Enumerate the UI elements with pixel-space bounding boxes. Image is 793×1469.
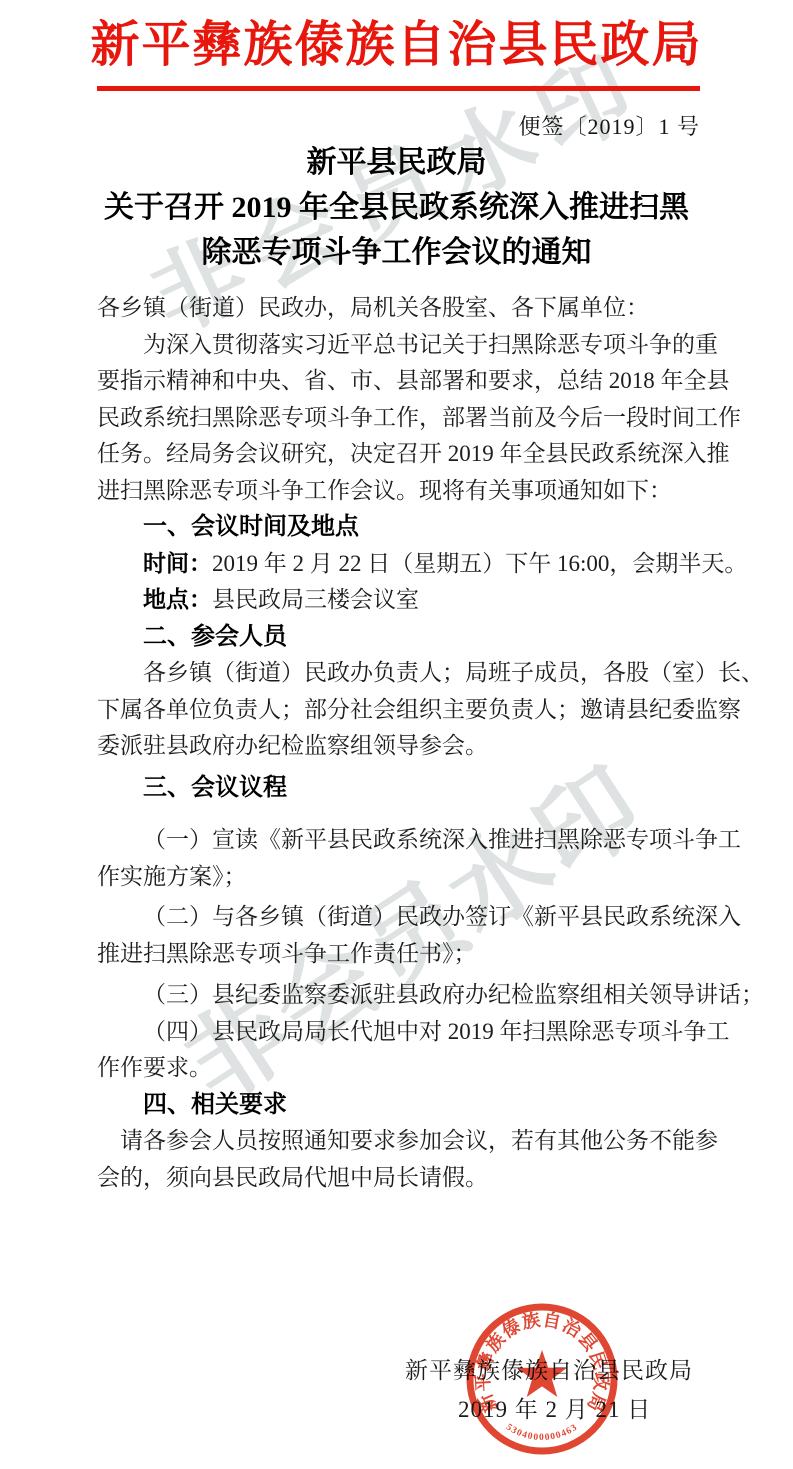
body-line: 作实施方案》； <box>97 859 709 896</box>
body-line: 委派驻县政府办纪检监察组领导参会。 <box>97 728 709 765</box>
letterhead-divider <box>97 86 700 91</box>
notice-title-line-3: 除恶专项斗争工作会议的通知 <box>40 230 753 275</box>
body-line: 时间：2019 年 2 月 22 日（星期五）下午 16:00，会期半天。 <box>97 546 709 583</box>
body-line: 地点：县民政局三楼会议室 <box>97 582 709 619</box>
document-number: 便签〔2019〕1 号 <box>97 110 700 141</box>
body-line: 要指示精神和中央、省、市、县部署和要求，总结 2018 年全县 <box>97 363 709 400</box>
section-heading: 一、会议时间及地点 <box>97 509 709 546</box>
body-line: 为深入贯彻落实习近平总书记关于扫黑除恶专项斗争的重 <box>97 327 709 364</box>
body-line: 下属各单位负责人；部分社会组织主要负责人；邀请县纪委监察 <box>97 692 709 729</box>
section-heading: 四、相关要求 <box>97 1087 709 1124</box>
section-heading: 二、参会人员 <box>97 619 709 656</box>
body-line: （四）县民政局局长代旭中对 2019 年扫黑除恶专项斗争工 <box>97 1014 709 1051</box>
body-line: 各乡镇（街道）民政办负责人；局班子成员，各股（室）长、 <box>97 655 709 692</box>
notice-title-line-2: 关于召开 2019 年全县民政系统深入推进扫黑 <box>40 185 753 230</box>
document-page: 非会员水印 非会员水印 新平彝族傣族自治县民政局 便签〔2019〕1 号 新平县… <box>0 0 793 1469</box>
body-line: 请各参会人员按照通知要求参加会议，若有其他公务不能参 <box>97 1123 709 1160</box>
line-bold-label: 时间： <box>143 551 212 576</box>
body-line: 进扫黑除恶专项斗争工作会议。现将有关事项通知如下： <box>97 473 709 510</box>
seal-code-holder: 5304000000463 <box>504 1422 580 1443</box>
body-line: （二）与各乡镇（街道）民政办签订《新平县民政系统深入 <box>97 899 709 936</box>
body-line: 作作要求。 <box>97 1050 709 1087</box>
official-seal: 新平彝族傣族自治县民政局 5304000000463 <box>440 1285 650 1469</box>
notice-title-line-1: 新平县民政局 <box>40 140 753 185</box>
section-heading: 三、会议议程 <box>97 770 709 807</box>
body-line: 会的，须向县民政局代旭中局长请假。 <box>97 1160 709 1197</box>
body-line: 民政系统扫黑除恶专项斗争工作，部署当前及今后一段时间工作 <box>97 400 709 437</box>
body-line: 推进扫黑除恶专项斗争工作责任书》； <box>97 936 709 973</box>
body-line: 各乡镇（街道）民政办，局机关各股室、各下属单位： <box>97 290 709 327</box>
notice-body: 各乡镇（街道）民政办，局机关各股室、各下属单位：为深入贯彻落实习近平总书记关于扫… <box>97 290 709 1196</box>
body-line: （三）县纪委监察委派驻县政府办纪检监察组相关领导讲话； <box>97 977 709 1014</box>
body-line: 任务。经局务会议研究，决定召开 2019 年全县民政系统深入推 <box>97 436 709 473</box>
seal-star-icon <box>517 1350 566 1397</box>
body-line: （一）宣读《新平县民政系统深入推进扫黑除恶专项斗争工 <box>97 822 709 859</box>
line-bold-label: 地点： <box>143 587 212 612</box>
letterhead-bureau-title: 新平彝族傣族自治县民政局 <box>0 6 793 76</box>
seal-code: 5304000000463 <box>504 1422 580 1443</box>
notice-title: 新平县民政局 关于召开 2019 年全县民政系统深入推进扫黑 除恶专项斗争工作会… <box>40 140 753 275</box>
